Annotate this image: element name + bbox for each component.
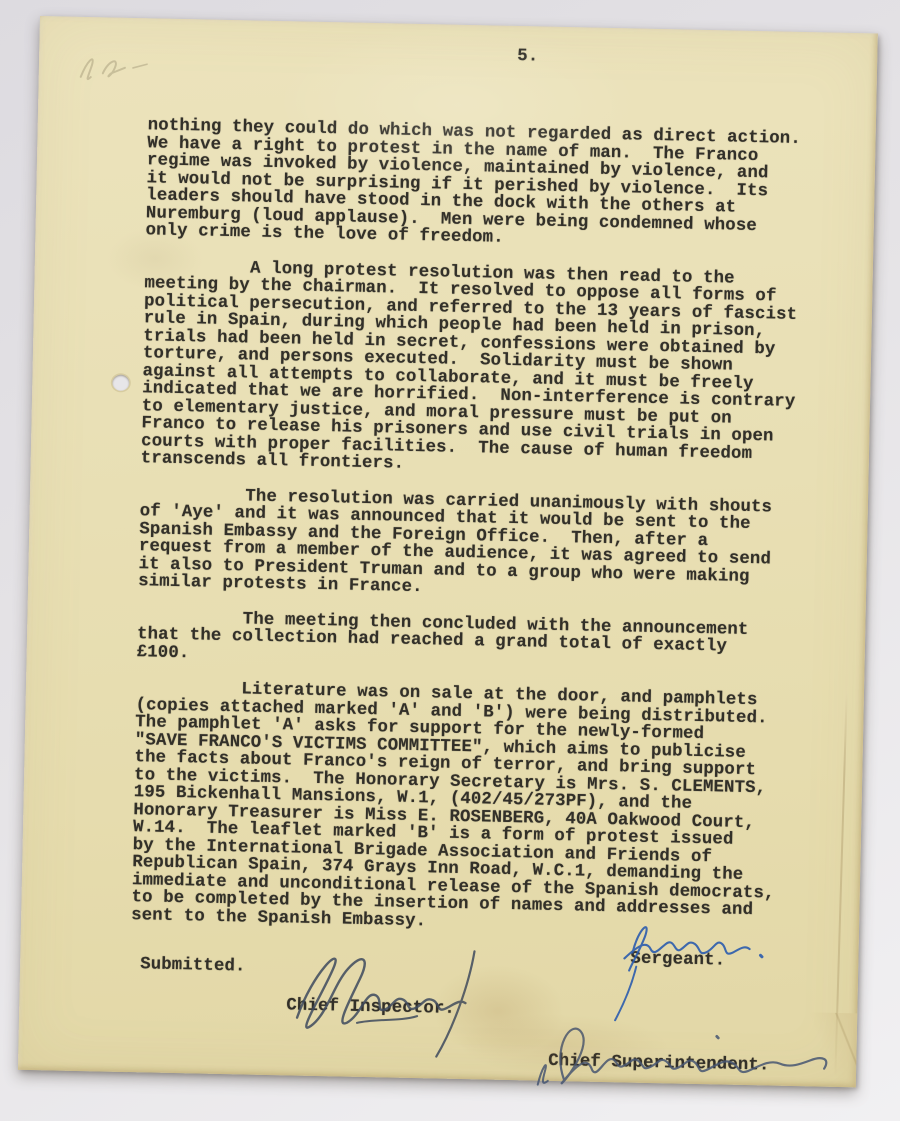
chief-inspector-signature: [266, 939, 508, 1064]
sergeant-signature: [611, 912, 783, 1026]
paragraph: A long protest resolution was then read …: [141, 258, 825, 482]
chief-superintendent-signature: [530, 1015, 852, 1102]
submitted-label: Submitted.: [140, 956, 246, 976]
document-page: 5. nothing they could do which was not r…: [18, 16, 878, 1087]
page-number: 5.: [517, 48, 538, 66]
paragraph: nothing they could do which was not rega…: [145, 117, 827, 254]
punch-hole: [112, 375, 129, 391]
document-body: nothing they could do which was not rega…: [131, 117, 828, 938]
scan-background: 5. nothing they could do which was not r…: [0, 0, 900, 1121]
paragraph: Literature was on sale at the door, and …: [131, 679, 816, 938]
paragraph: The resolution was carried unanimously w…: [138, 486, 820, 605]
paragraph: The meeting then concluded with the anno…: [137, 609, 818, 676]
pencil-scribble: [66, 39, 197, 102]
